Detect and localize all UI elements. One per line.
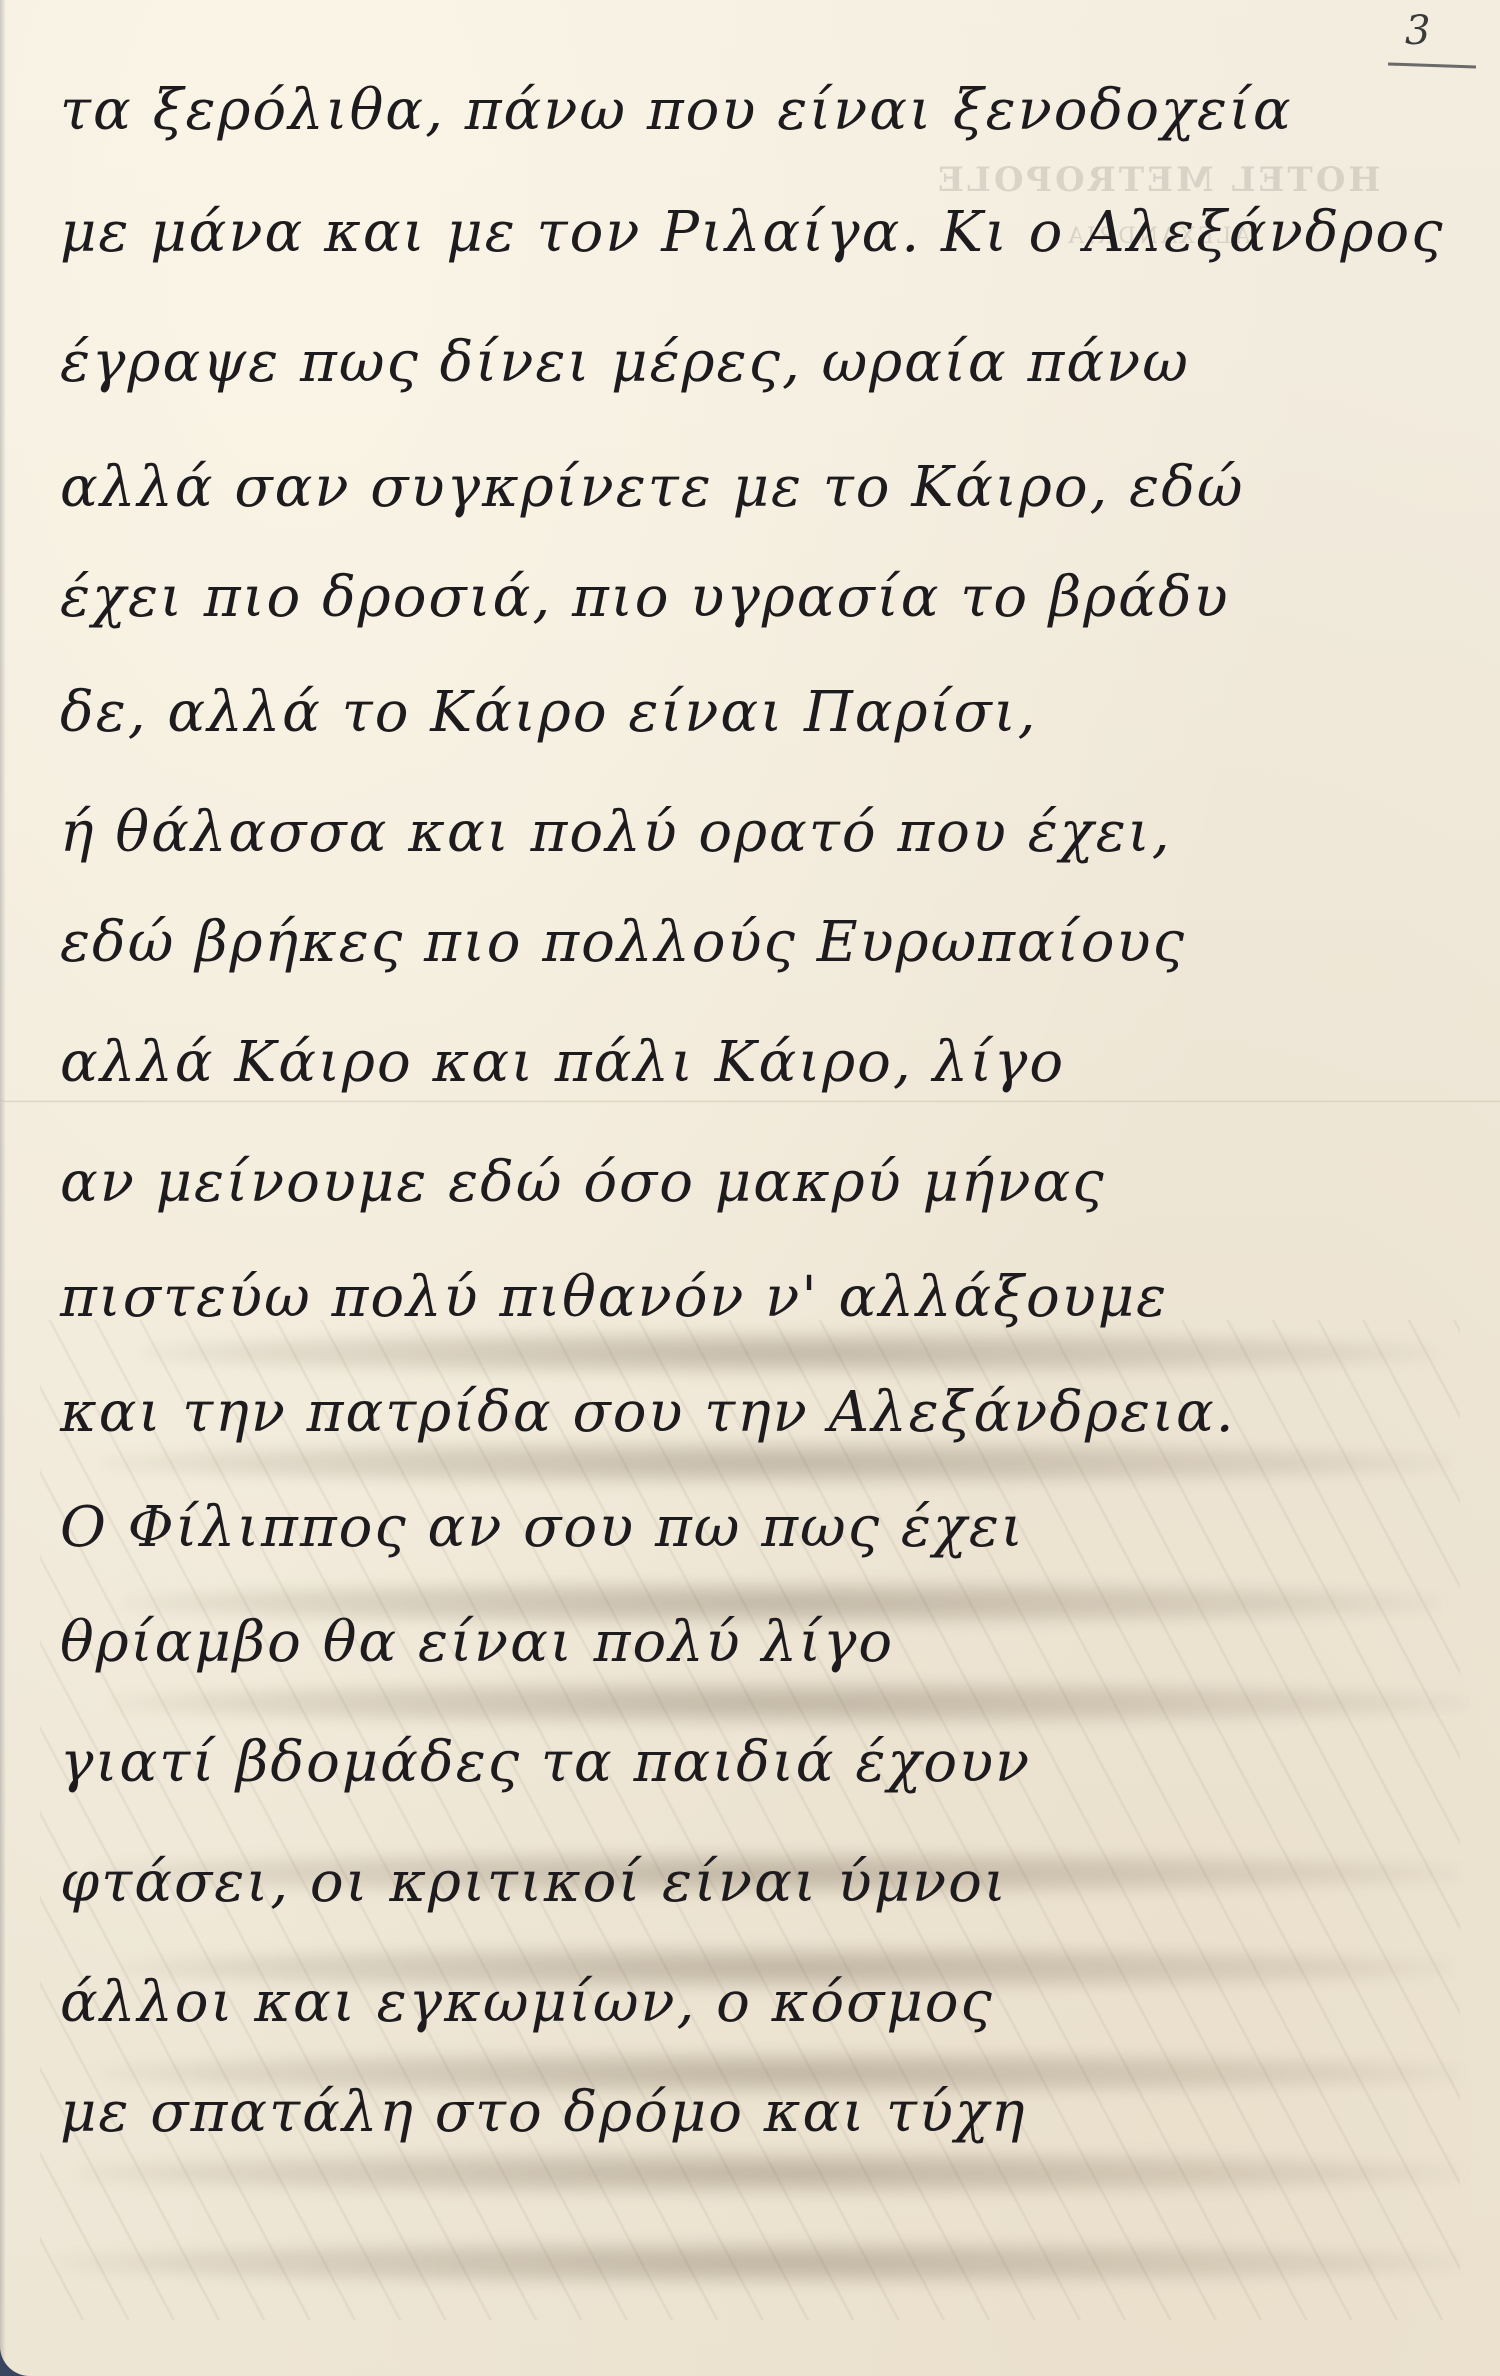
text-line: γιατί βδομάδες τα παιδιά έχουν: [60, 1730, 1460, 1795]
text-line: αλλά Κάιρο και πάλι Κάιρο, λίγο: [60, 1030, 1460, 1095]
text-line: με μάνα και με τον Ριλαίγα. Κι ο Αλεξάνδ…: [60, 200, 1460, 265]
text-line: αλλά σαν συγκρίνετε με το Κάιρο, εδώ: [60, 455, 1460, 520]
text-line: εδώ βρήκες πιο πολλούς Ευρωπαίους: [60, 910, 1460, 975]
paper-fold-crease: [0, 1100, 1500, 1103]
text-line: αν μείνουμε εδώ όσο μακρύ μήνας: [60, 1150, 1460, 1215]
page-number-underline: [1388, 62, 1476, 68]
text-line: θρίαμβο θα είναι πολύ λίγο: [60, 1610, 1460, 1675]
text-line: και την πατρίδα σου την Αλεξάνδρεια.: [60, 1380, 1460, 1445]
text-line: με σπατάλη στο δρόμο και τύχη: [60, 2080, 1460, 2145]
text-line: δε, αλλά το Κάιρο είναι Παρίσι,: [60, 680, 1460, 745]
page-number: 3: [1405, 8, 1430, 54]
text-line: φτάσει, οι κριτικοί είναι ύμνοι: [60, 1850, 1460, 1915]
text-line: τα ξερόλιθα, πάνω που είναι ξενοδοχεία: [60, 78, 1460, 143]
text-line: έγραψε πως δίνει μέρες, ωραία πάνω: [60, 330, 1460, 395]
text-line: άλλοι και εγκωμίων, ο κόσμος: [60, 1970, 1460, 2035]
text-line: πιστεύω πολύ πιθανόν ν' αλλάξουμε: [60, 1265, 1460, 1330]
text-line: Ο Φίλιππος αν σου πω πως έχει: [60, 1495, 1460, 1560]
text-line: ή θάλασσα και πολύ ορατό που έχει,: [60, 800, 1460, 865]
bleed-through-hatching: [40, 1320, 1460, 2320]
text-line: έχει πιο δροσιά, πιο υγρασία το βράδυ: [60, 565, 1460, 630]
letterhead-hotel: HOTEL METROPOLE: [935, 160, 1380, 200]
page-edge-shadow: [0, 0, 6, 2376]
letter-page: HOTEL METROPOLE ALEXANDRIA 3 τα ξερόλιθα…: [0, 0, 1500, 2376]
